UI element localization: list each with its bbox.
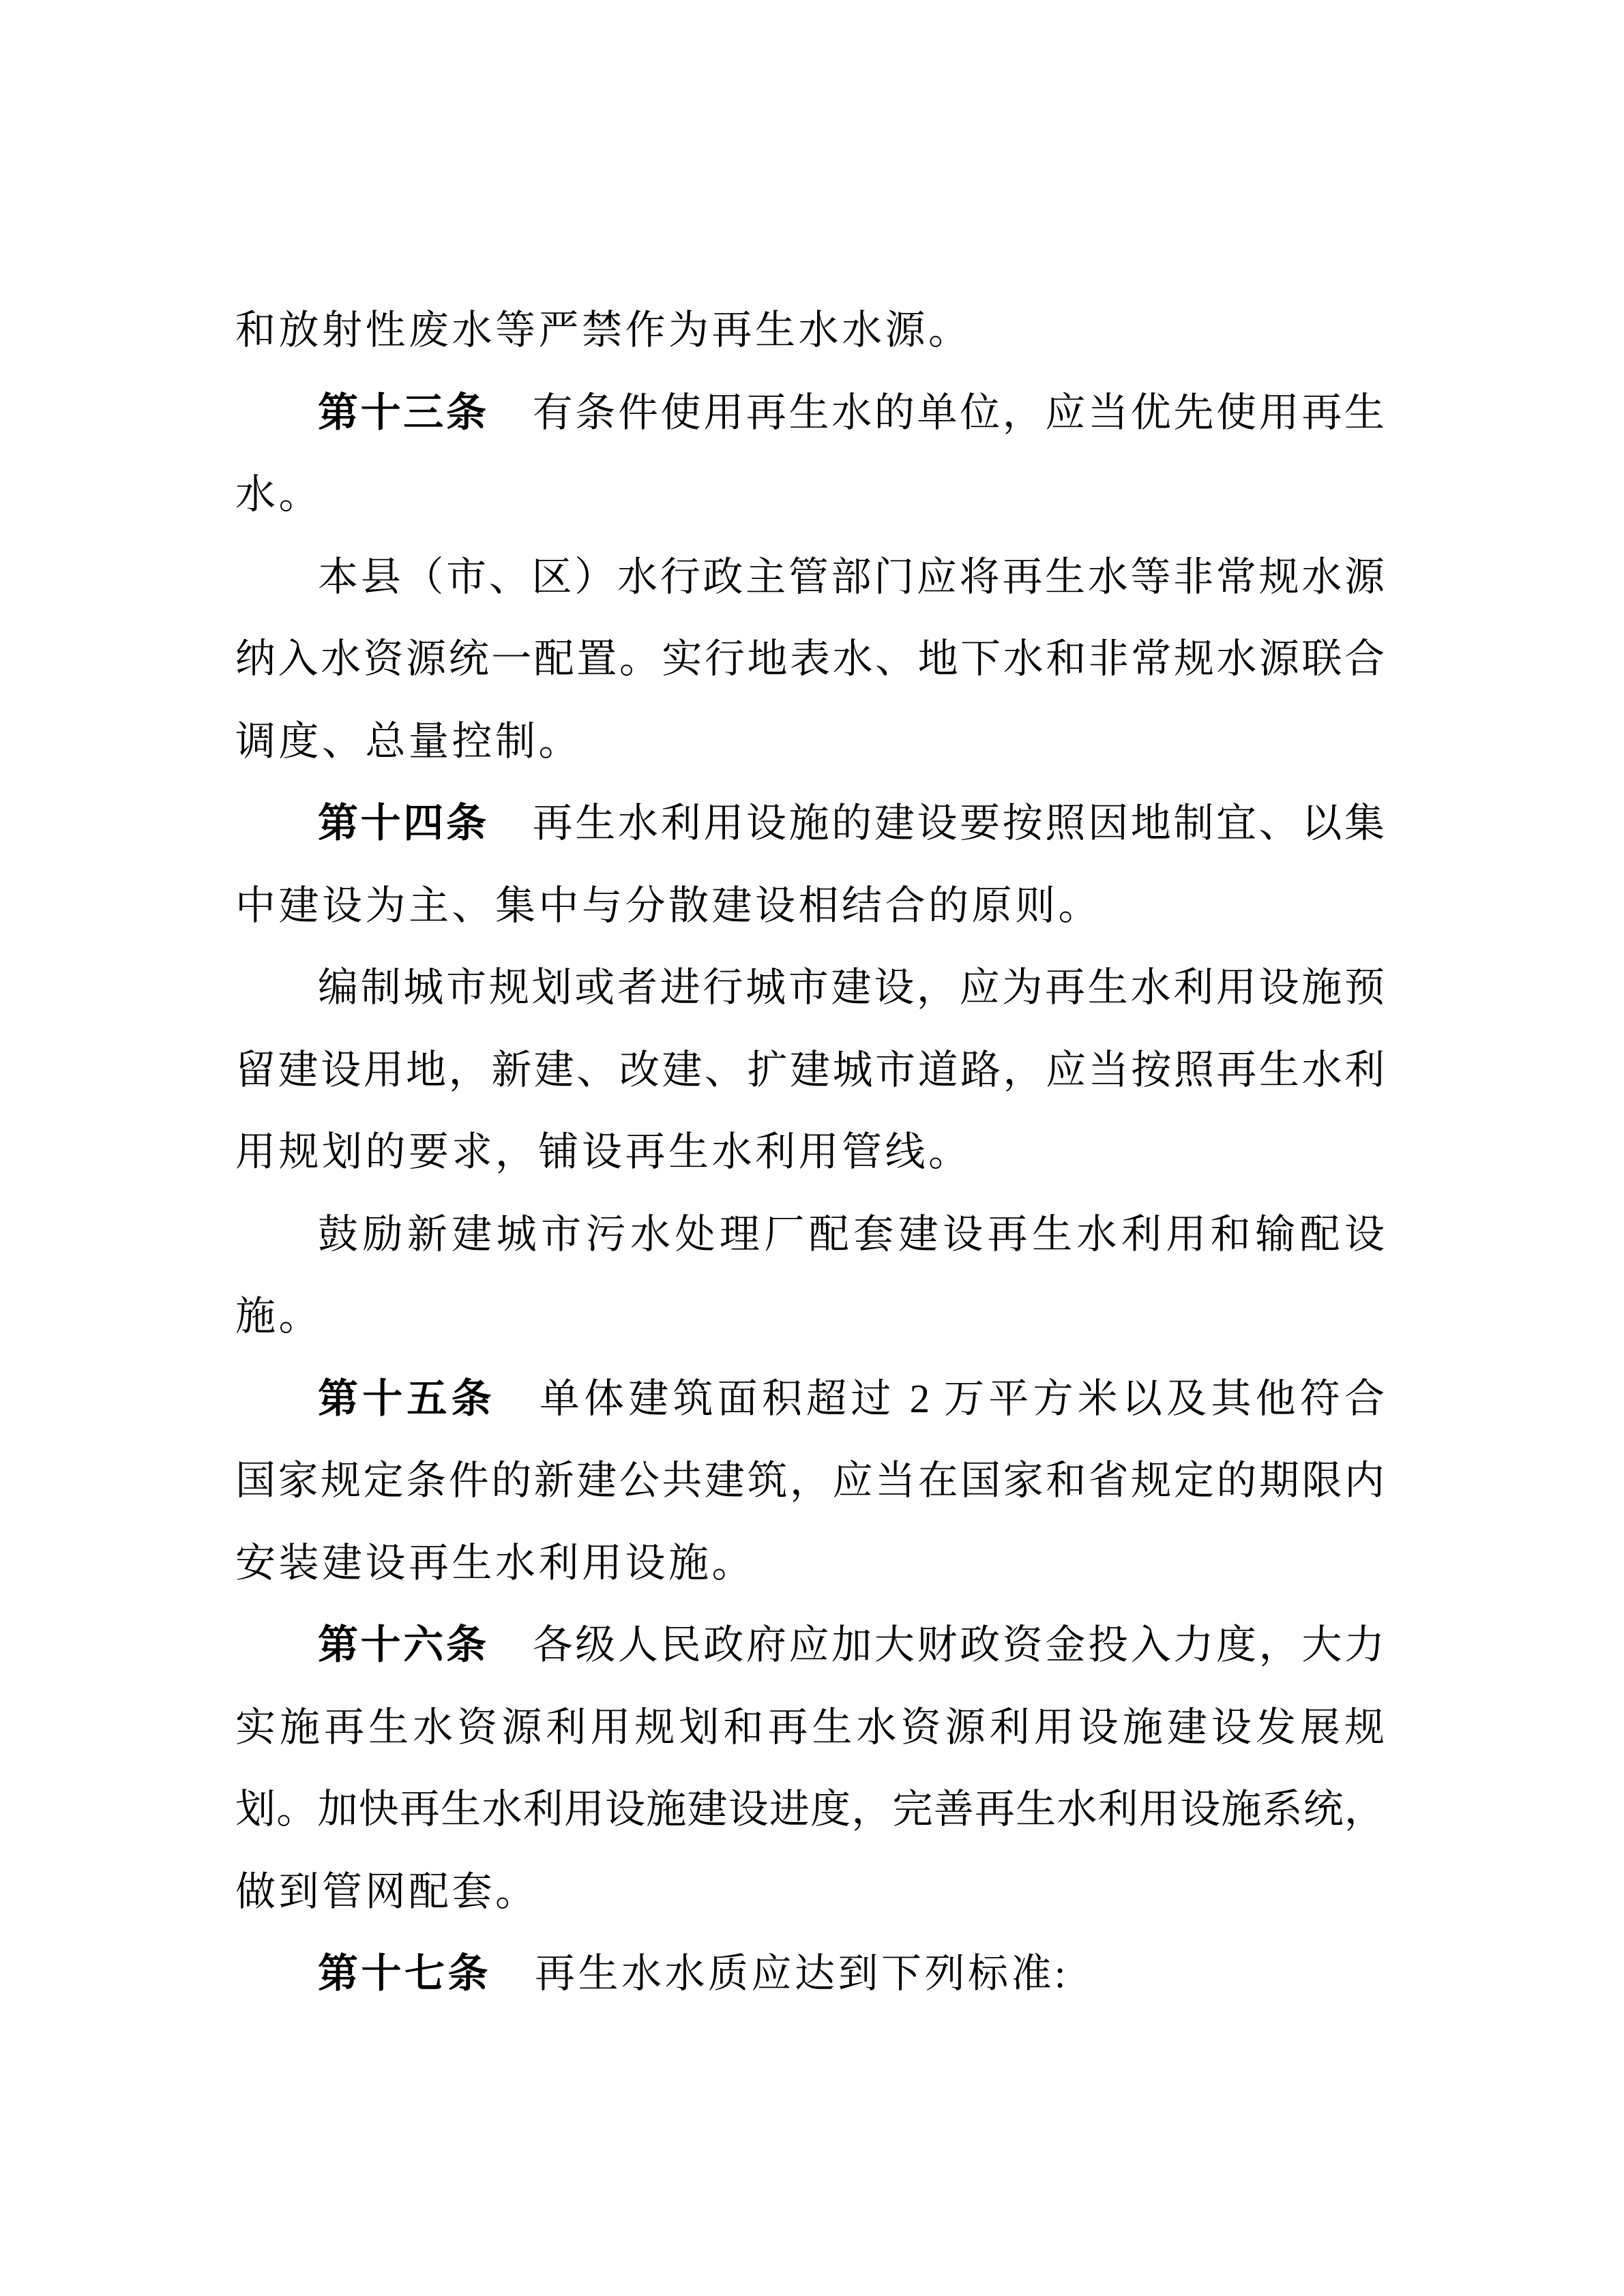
line-text: 和放射性废水等严禁作为再生水水源。 bbox=[235, 308, 972, 353]
article-number: 第十七条 bbox=[318, 1951, 491, 1996]
line-text: 本县（市、区）水行政主管部门应将再生水等非常规水源 bbox=[318, 554, 1385, 599]
line-text: 用规划的要求，铺设再生水利用管线。 bbox=[235, 1129, 972, 1174]
line-text: 再生水水质应达到下列标准: bbox=[535, 1951, 1069, 1996]
text-line: 纳入水资源统一配置。实行地表水、地下水和非常规水源联合 bbox=[235, 618, 1385, 700]
article-line: 第十六条各级人民政府应加大财政资金投入力度，大力 bbox=[235, 1604, 1385, 1686]
document-body: 和放射性废水等严禁作为再生水水源。 第十三条有条件使用再生水的单位，应当优先使用… bbox=[235, 289, 1385, 2015]
text-line: 做到管网配套。 bbox=[235, 1851, 1385, 1933]
text-line: 施。 bbox=[235, 1275, 1385, 1358]
line-text: 有条件使用再生水的单位，应当优先使用再生 bbox=[533, 390, 1385, 435]
text-line: 编制城市规划或者进行城市建设，应为再生水利用设施预 bbox=[235, 946, 1385, 1029]
document-page: 和放射性废水等严禁作为再生水水源。 第十三条有条件使用再生水的单位，应当优先使用… bbox=[0, 0, 1624, 2296]
article-number: 第十四条 bbox=[318, 801, 489, 846]
line-text: 再生水利用设施的建设要按照因地制宜、以集 bbox=[533, 801, 1385, 846]
line-text: 调度、总量控制。 bbox=[235, 719, 582, 764]
line-text: 编制城市规划或者进行城市建设，应为再生水利用设施预 bbox=[318, 965, 1385, 1010]
text-line: 划。加快再生水利用设施建设进度，完善再生水利用设施系统， bbox=[235, 1768, 1385, 1851]
text-line: 国家规定条件的新建公共建筑，应当在国家和省规定的期限内 bbox=[235, 1440, 1385, 1522]
line-text: 实施再生水资源利用规划和再生水资源利用设施建设发展规 bbox=[235, 1705, 1385, 1750]
article-number: 第十六条 bbox=[318, 1622, 489, 1667]
line-text: 中建设为主、集中与分散建设相结合的原则。 bbox=[235, 883, 1102, 928]
text-line: 和放射性废水等严禁作为再生水水源。 bbox=[235, 289, 1385, 372]
line-text: 做到管网配套。 bbox=[235, 1869, 539, 1914]
article-line: 第十三条有条件使用再生水的单位，应当优先使用再生 bbox=[235, 372, 1385, 454]
line-text: 施。 bbox=[235, 1294, 322, 1339]
line-text: 安装建设再生水利用设施。 bbox=[235, 1540, 755, 1585]
article-number: 第十三条 bbox=[318, 390, 489, 435]
text-line: 安装建设再生水利用设施。 bbox=[235, 1522, 1385, 1605]
text-line: 水。 bbox=[235, 453, 1385, 536]
text-line: 留建设用地，新建、改建、扩建城市道路，应当按照再生水利 bbox=[235, 1029, 1385, 1112]
article-line: 第十四条再生水利用设施的建设要按照因地制宜、以集 bbox=[235, 782, 1385, 865]
line-text: 鼓励新建城市污水处理厂配套建设再生水利用和输配设 bbox=[318, 1212, 1385, 1257]
line-text: 各级人民政府应加大财政资金投入力度，大力 bbox=[533, 1622, 1385, 1667]
line-text: 单体建筑面积超过 2 万平方米以及其他符合 bbox=[540, 1376, 1385, 1421]
text-line: 用规划的要求，铺设再生水利用管线。 bbox=[235, 1111, 1385, 1193]
line-text: 国家规定条件的新建公共建筑，应当在国家和省规定的期限内 bbox=[235, 1458, 1385, 1503]
text-line: 调度、总量控制。 bbox=[235, 700, 1385, 783]
text-line: 鼓励新建城市污水处理厂配套建设再生水利用和输配设 bbox=[235, 1193, 1385, 1276]
text-line: 中建设为主、集中与分散建设相结合的原则。 bbox=[235, 865, 1385, 947]
line-text: 纳入水资源统一配置。实行地表水、地下水和非常规水源联合 bbox=[235, 636, 1385, 681]
text-line: 本县（市、区）水行政主管部门应将再生水等非常规水源 bbox=[235, 536, 1385, 618]
article-line: 第十五条单体建筑面积超过 2 万平方米以及其他符合 bbox=[235, 1358, 1385, 1440]
line-text: 水。 bbox=[235, 472, 322, 517]
line-text: 留建设用地，新建、改建、扩建城市道路，应当按照再生水利 bbox=[235, 1047, 1385, 1092]
article-line: 第十七条再生水水质应达到下列标准: bbox=[235, 1933, 1385, 2015]
line-text: 划。加快再生水利用设施建设进度，完善再生水利用设施系统， bbox=[235, 1787, 1385, 1832]
article-number: 第十五条 bbox=[318, 1376, 496, 1421]
text-line: 实施再生水资源利用规划和再生水资源利用设施建设发展规 bbox=[235, 1686, 1385, 1769]
